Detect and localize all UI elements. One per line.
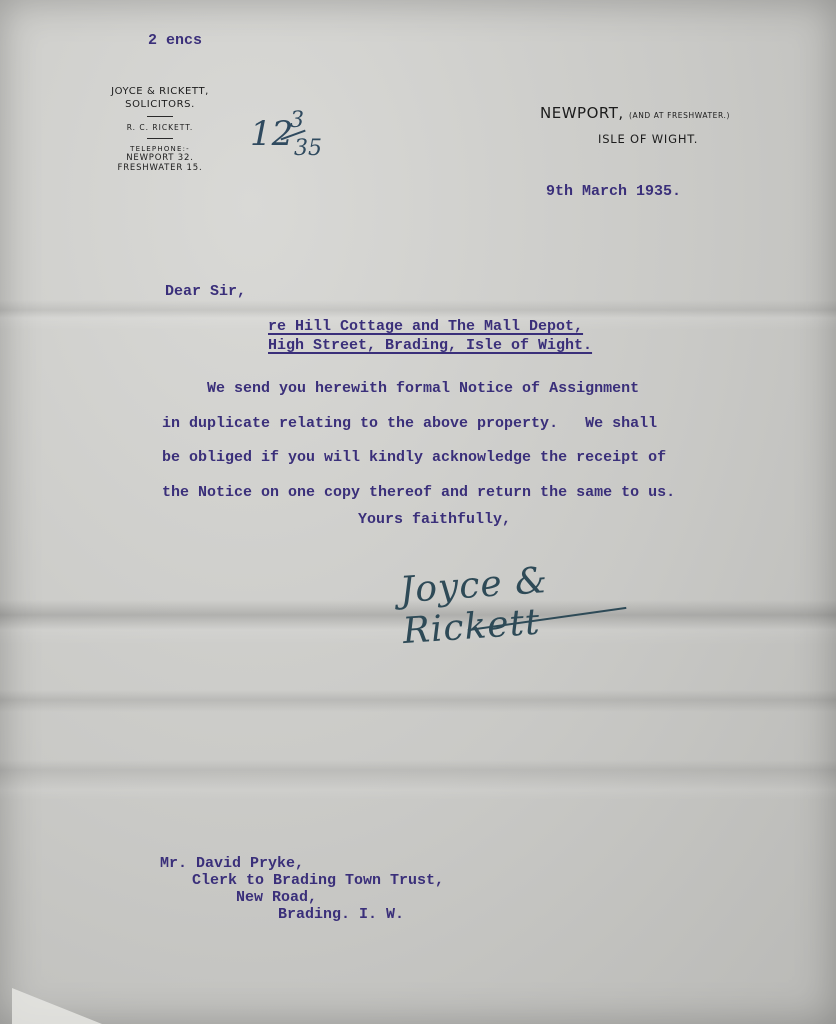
address-line: Brading. I. W. xyxy=(160,906,444,923)
telephone-label: TELEPHONE:- xyxy=(90,145,230,153)
enclosures-note: 2 encs xyxy=(148,32,202,49)
telephone-freshwater: FRESHWATER 15. xyxy=(90,163,230,173)
ref-fraction: 3 35 xyxy=(280,110,322,160)
town-line: NEWPORT, (AND AT FRESHWATER.) xyxy=(540,104,790,122)
signature-text: Joyce & Rickett xyxy=(398,550,697,652)
ref-numerator: 3 xyxy=(280,110,322,132)
subject-reference: re Hill Cottage and The Mall Depot, High… xyxy=(268,317,592,355)
letter-date: 9th March 1935. xyxy=(546,183,681,200)
salutation: Dear Sir, xyxy=(165,283,246,300)
letter-body: We send you herewith formal Notice of As… xyxy=(162,372,782,510)
island: ISLE OF WIGHT. xyxy=(540,132,790,146)
town-note: (AND AT FRESHWATER.) xyxy=(629,111,730,120)
address-line: Clerk to Brading Town Trust, xyxy=(160,872,444,889)
letterhead-address-block: NEWPORT, (AND AT FRESHWATER.) ISLE OF WI… xyxy=(540,104,790,146)
subject-line: High Street, Brading, Isle of Wight. xyxy=(268,336,592,355)
firm-role: SOLICITORS. xyxy=(90,99,230,110)
firm-name: JOYCE & RICKETT, xyxy=(90,86,230,97)
signature: Joyce & Rickett xyxy=(395,560,695,650)
folded-corner xyxy=(12,988,102,1024)
divider xyxy=(147,116,173,117)
closing: Yours faithfully, xyxy=(358,511,511,528)
subject-line: re Hill Cottage and The Mall Depot, xyxy=(268,317,592,336)
ref-denominator: 35 xyxy=(280,138,322,160)
handwritten-reference: 12 3 35 xyxy=(250,114,293,154)
telephone-newport: NEWPORT 32. xyxy=(90,153,230,163)
body-line: in duplicate relating to the above prope… xyxy=(162,407,782,442)
body-line: be obliged if you will kindly acknowledg… xyxy=(162,441,782,476)
partner-name: R. C. RICKETT. xyxy=(90,123,230,132)
letter-page: 2 encs JOYCE & RICKETT, SOLICITORS. R. C… xyxy=(0,0,836,1024)
letterhead-firm-block: JOYCE & RICKETT, SOLICITORS. R. C. RICKE… xyxy=(90,86,230,173)
recipient-address: Mr. David Pryke, Clerk to Brading Town T… xyxy=(160,855,444,923)
body-line: We send you herewith formal Notice of As… xyxy=(162,372,782,407)
body-line: the Notice on one copy thereof and retur… xyxy=(162,476,782,511)
address-line: Mr. David Pryke, xyxy=(160,855,444,872)
town: NEWPORT, xyxy=(540,104,624,122)
divider xyxy=(147,138,173,139)
address-line: New Road, xyxy=(160,889,444,906)
